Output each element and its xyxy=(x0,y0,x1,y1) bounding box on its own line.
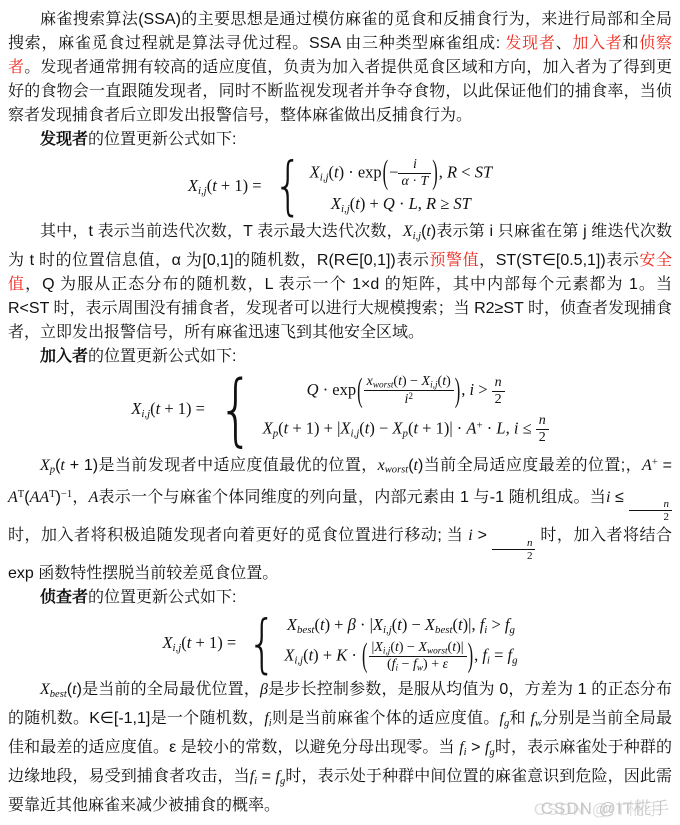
text-run: > xyxy=(487,615,505,634)
math-var: X xyxy=(418,640,427,655)
text-run: ) + xyxy=(325,615,348,634)
math-var: K xyxy=(336,645,347,664)
scout-formula: Xi,j(t + 1) = {Xbest(t) + β · |Xi,j(t) −… xyxy=(8,613,672,675)
text-run: )当前全局适应度最差的位置;， xyxy=(418,457,642,474)
math-subscript: i,j xyxy=(173,642,182,654)
math-superscript: −1 xyxy=(61,489,72,500)
text-run: ) − xyxy=(402,615,425,634)
paren-glyph: ) xyxy=(455,374,461,408)
text-run: − xyxy=(398,657,413,672)
math-subscript: w xyxy=(535,718,542,729)
text-run: 。发现者通常拥有较高的适应度值，负责为加入者提供觅食区域和方向，加入者为了得到更… xyxy=(8,59,672,124)
math-subscript: best xyxy=(50,689,67,700)
math-var: A xyxy=(642,457,652,474)
math-subscript: i,j xyxy=(430,380,437,390)
fraction: |Xi,j(t) − Xworst(t)|(fi − fw) + ε xyxy=(369,640,467,673)
text-run: > xyxy=(467,739,485,756)
math-var: AA xyxy=(30,488,50,505)
text-run: ，Q 为服从正态分布的随机数，L 表示一个 1×d 的矩阵，其中内部每个元素都为… xyxy=(8,276,672,341)
math-var: X xyxy=(373,615,383,634)
math-var: A xyxy=(466,418,476,437)
text-run: ) + xyxy=(313,645,336,664)
joiner-explanation-paragraph: Xp(t + 1)是当前发现者中适应度值最优的位置，xworst(t)当前全局适… xyxy=(8,451,672,586)
text-run: , xyxy=(461,380,469,399)
text-run: + 1) = xyxy=(160,399,205,418)
math-var: X xyxy=(374,640,383,655)
text-run: ) + xyxy=(423,657,443,672)
text-run: + 1)| · xyxy=(418,418,466,437)
text-run: )|, xyxy=(463,615,480,634)
math-subscript: i,j xyxy=(141,409,150,421)
fraction: n2 xyxy=(492,537,536,562)
text-run: + 1)是当前发现者中适应度值最优的位置， xyxy=(65,457,378,474)
math-var: X xyxy=(310,162,320,181)
text-run: · xyxy=(347,645,361,664)
fraction: iα · T xyxy=(398,157,431,190)
text-run: > xyxy=(474,380,492,399)
math-var: R xyxy=(426,194,436,213)
article-body: 麻雀搜索算法(SSA)的主要思想是通过模仿麻雀的觅食和反捕食行为，来进行局部和全… xyxy=(8,8,672,818)
text-run: , xyxy=(418,194,426,213)
formula-lhs: Xi,j(t + 1) = xyxy=(131,399,205,420)
text-run: · xyxy=(483,418,497,437)
math-subscript: i,j xyxy=(350,427,359,439)
text-run: ， xyxy=(72,488,88,505)
math-var: X xyxy=(162,633,172,652)
bold-label: 加入者 xyxy=(40,348,88,365)
bold-label: 侦查者 xyxy=(40,589,88,606)
math-var: L xyxy=(496,418,505,437)
math-var: ST xyxy=(475,162,492,181)
math-subscript: best xyxy=(435,624,453,636)
math-var: X xyxy=(287,615,297,634)
math-superscript: 2 xyxy=(408,391,413,401)
fraction: n2 xyxy=(629,498,673,523)
math-subscript: i,j xyxy=(198,185,207,197)
text-run: ) · exp xyxy=(339,162,382,181)
formula-case: Xi,j(t) · exp(−iα · T), R < ST xyxy=(310,155,493,192)
formula-case: Q · exp(xworst(t) − Xi,j(t)i2), i > n2 xyxy=(307,372,505,410)
math-subscript: worst xyxy=(385,465,408,476)
text-run: = xyxy=(658,457,672,474)
math-var: X xyxy=(403,223,413,240)
intro-paragraph: 麻雀搜索算法(SSA)的主要思想是通过模仿麻雀的觅食和反捕食行为，来进行局部和全… xyxy=(8,8,672,128)
math-var: T xyxy=(421,174,429,189)
math-var: ε xyxy=(443,657,449,672)
math-var: R xyxy=(447,162,457,181)
math-var: X xyxy=(40,457,50,474)
math-subscript: worst xyxy=(373,380,394,390)
highlight-text: 发现者 xyxy=(505,35,555,52)
discoverer-heading: 发现者的位置更新公式如下: xyxy=(8,128,672,152)
paren-glyph: ) xyxy=(468,640,474,674)
text-run: = xyxy=(490,645,508,664)
text-run: · xyxy=(409,174,421,189)
text-run: ) − xyxy=(399,640,419,655)
text-run: + 1) = xyxy=(191,633,236,652)
math-subscript: g xyxy=(512,654,517,666)
math-var: X xyxy=(422,374,431,389)
text-run: , xyxy=(439,162,447,181)
math-var: n xyxy=(527,537,533,549)
scout-heading: 侦查者的位置更新公式如下: xyxy=(8,586,672,610)
math-var: X xyxy=(340,418,350,437)
text-run: 2 xyxy=(527,550,533,562)
fraction: xworst(t) − Xi,j(t)i2 xyxy=(364,374,454,408)
text-run: ) xyxy=(446,374,451,389)
math-subscript: i,j xyxy=(294,654,303,666)
joiner-heading: 加入者的位置更新公式如下: xyxy=(8,345,672,369)
text-run: ) + xyxy=(360,194,383,213)
discoverer-formula: Xi,j(t + 1) = {Xi,j(t) · exp(−iα · T), R… xyxy=(8,155,672,217)
formula-case: Xbest(t) + β · |Xi,j(t) − Xbest(t)|, fi … xyxy=(287,613,515,638)
text-run: > xyxy=(473,527,492,544)
text-run: 和 xyxy=(623,35,640,52)
formula-lhs: Xi,j(t + 1) = xyxy=(162,633,236,654)
text-run: 表示一个与麻雀个体同维度的列向量，内部元素由 1 与-1 随机组成。当 xyxy=(98,488,606,505)
math-var: L xyxy=(409,194,418,213)
formula-cases: Xi,j(t) · exp(−iα · T), R < STXi,j(t) + … xyxy=(310,155,493,217)
text-run: 的位置更新公式如下: xyxy=(88,348,236,365)
formula-case: Xi,j(t) + Q · L, R ≥ ST xyxy=(331,192,471,217)
text-run: + 1) = xyxy=(217,176,262,195)
math-subscript: i,j xyxy=(341,203,350,215)
math-var: X xyxy=(131,399,141,418)
text-run: ≤ xyxy=(610,488,628,505)
fraction: n2 xyxy=(536,413,549,446)
formula-case: Xi,j(t) + K · (|Xi,j(t) − Xworst(t)|(fi … xyxy=(284,638,517,675)
math-var: A xyxy=(89,488,99,505)
text-run: + 1) + | xyxy=(288,418,340,437)
formula-cases: Xbest(t) + β · |Xi,j(t) − Xbest(t)|, fi … xyxy=(284,613,517,675)
document-page: 麻雀搜索算法(SSA)的主要思想是通过模仿麻雀的觅食和反捕食行为，来进行局部和全… xyxy=(0,0,680,825)
math-subscript: worst xyxy=(427,645,448,655)
text-run: )是当前的全局最优位置， xyxy=(77,681,260,698)
text-run: · xyxy=(395,194,409,213)
math-var: n xyxy=(539,413,546,428)
math-var: X xyxy=(392,418,402,437)
text-run: )| xyxy=(456,640,463,655)
text-run: 2 xyxy=(539,430,546,445)
text-run: 和 xyxy=(509,710,530,727)
bold-label: 发现者 xyxy=(40,131,88,148)
paren-glyph: ( xyxy=(357,374,363,408)
math-subscript: g xyxy=(509,624,514,636)
text-run: 则是当前麻雀个体的适应度值。 xyxy=(272,710,500,727)
text-run: 2 xyxy=(664,511,670,523)
fraction: n2 xyxy=(492,375,505,408)
paren-glyph: ) xyxy=(432,157,438,191)
text-run: ) − xyxy=(402,374,422,389)
math-var: x xyxy=(378,457,385,474)
text-run: , xyxy=(506,418,514,437)
formula-cases: Q · exp(xworst(t) − Xi,j(t)i2), i > n2Xp… xyxy=(263,372,549,448)
math-var: Q xyxy=(307,380,319,399)
text-run: − xyxy=(389,162,398,181)
math-var: X xyxy=(40,681,50,698)
math-var: β xyxy=(260,681,268,698)
text-run: = xyxy=(257,768,275,785)
text-run: 其中，t 表示当前迭代次数，T 表示最大迭代次数， xyxy=(40,223,403,240)
text-run: · | xyxy=(356,615,373,634)
text-run: ≤ xyxy=(518,418,535,437)
math-var: i xyxy=(413,157,417,172)
math-subscript: best xyxy=(297,624,315,636)
math-var: ST xyxy=(453,194,470,213)
math-var: X xyxy=(331,194,341,213)
math-var: β xyxy=(348,615,356,634)
text-run: 2 xyxy=(495,392,502,407)
math-var: α xyxy=(401,174,408,189)
math-subscript: i,j xyxy=(413,231,422,242)
math-var: A xyxy=(8,488,18,505)
highlight-text: 预警值 xyxy=(429,252,479,269)
math-var: n xyxy=(495,375,502,390)
math-var: X xyxy=(263,418,273,437)
text-run: 、 xyxy=(556,35,573,52)
math-var: X xyxy=(188,176,198,195)
paren-glyph: ( xyxy=(383,157,389,191)
watermark: CSDN @IT椛手 xyxy=(541,794,670,819)
text-run: · exp xyxy=(319,380,357,399)
text-run: 的位置更新公式如下: xyxy=(88,131,236,148)
formula-case: Xp(t + 1) + |Xi,j(t) − Xp(t + 1)| · A+ ·… xyxy=(263,411,549,448)
text-run: ，ST(ST∈[0.5,1])表示 xyxy=(479,252,639,269)
math-var: n xyxy=(664,498,670,510)
formula-lhs: Xi,j(t + 1) = xyxy=(188,176,262,197)
text-run: ≥ xyxy=(436,194,453,213)
math-var: Q xyxy=(383,194,395,213)
math-var: X xyxy=(284,645,294,664)
text-run: ) − xyxy=(369,418,392,437)
text-run: 时，加入者将积极追随发现者向着更好的觅食位置进行移动; 当 xyxy=(8,527,468,544)
paren-glyph: ( xyxy=(362,640,368,674)
text-run: 的位置更新公式如下: xyxy=(88,589,236,606)
math-var: X xyxy=(425,615,435,634)
formula-params-paragraph: 其中，t 表示当前迭代次数，T 表示最大迭代次数，Xi,j(t)表示第 i 只麻… xyxy=(8,220,672,345)
joiner-formula: Xi,j(t + 1) = {Q · exp(xworst(t) − Xi,j(… xyxy=(8,372,672,448)
text-run: < xyxy=(457,162,475,181)
math-subscript: i,j xyxy=(383,624,392,636)
highlight-text: 加入者 xyxy=(572,35,622,52)
